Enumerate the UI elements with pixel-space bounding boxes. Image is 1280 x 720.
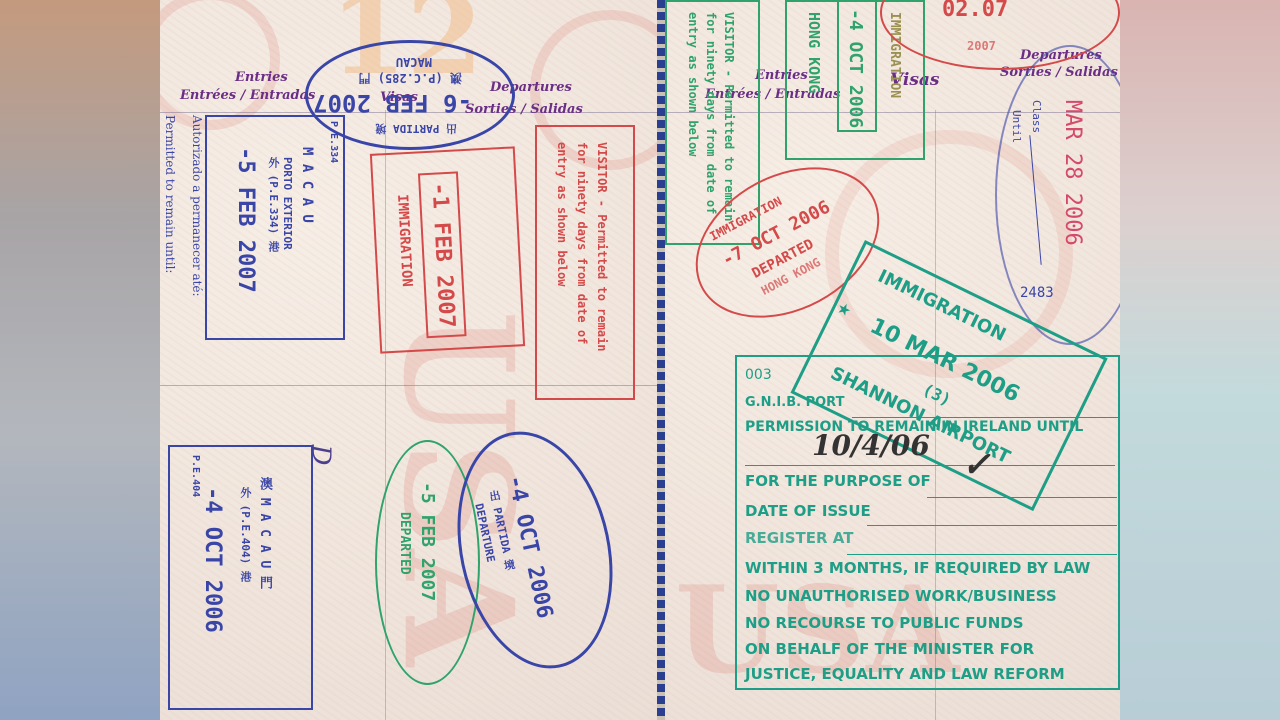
form-line (852, 417, 1120, 418)
stamp-date: -5 FEB 2007 (233, 147, 258, 293)
form-line (847, 554, 1117, 555)
stamp-date-box: -4 OCT 2006 (837, 0, 877, 132)
stamp-text: for ninety days from date of (575, 142, 589, 344)
stamp-text: NO RECOURSE TO PUBLIC FUNDS (745, 614, 1024, 632)
header-entries: Entries (235, 70, 288, 85)
stamp-text: G.N.I.B. PORT (745, 395, 844, 410)
form-line (867, 525, 1117, 526)
stamp-text: 澳 M A C A U 門 (255, 477, 274, 589)
stamp-text: FOR THE PURPOSE OF (745, 472, 931, 490)
hk-visitor-red-stamp: VISITOR - Permitted to remain for ninety… (535, 125, 635, 400)
macau-entry-stamp-2: P.E.404 澳 M A C A U 門 外 (P.E.404) 港 -4 O… (168, 445, 313, 710)
stamp-date: -5 FEB 2007 (417, 482, 438, 601)
permitted-text: Autorizado a permanecer até: (190, 115, 204, 297)
permitted-text: Permitted to remain until: (163, 115, 177, 273)
stamp-text: DEPARTED (397, 512, 412, 575)
macau-entry-stamp: P.E.334 M A C A U PORTO EXTERIOR 外 (P.E.… (205, 115, 345, 340)
stamp-text: 外 (P.E.334) 港 (265, 157, 281, 252)
stamp-text: ON BEHALF OF THE MINISTER FOR (745, 640, 1034, 658)
stamp-text: REGISTER AT (745, 529, 853, 547)
handwritten-mark: D (305, 445, 335, 466)
stamp-date: -6 FEB 2007 (313, 89, 472, 117)
stamp-date-box: -1 FEB 2007 (418, 171, 467, 338)
background-blur-right (1120, 0, 1280, 720)
stamp-code: P.E.334 (328, 121, 339, 163)
stamp-text: entry as shown below (686, 12, 700, 157)
stamp-date: -1 FEB 2007 (426, 182, 459, 329)
stamp-text: VISITOR - Permitted to remain (722, 12, 736, 222)
stamp-text: IMMIGRATION (394, 194, 415, 287)
hk-immigration-red-stamp: -1 FEB 2007 IMMIGRATION (370, 146, 525, 353)
stamp-text: HONG KONG (805, 12, 823, 93)
stamp-date: -4 OCT 2006 (845, 9, 866, 128)
stamp-text: 003 (745, 367, 772, 383)
passport-page-left: 12 USA Entries Entrées / Entradas Visas … (160, 0, 660, 720)
stamp-text: 出 PARTIDA 境 (375, 121, 457, 137)
stamp-text: PORTO EXTERIOR (281, 157, 294, 250)
stamp-text: entry as shown below (555, 142, 569, 287)
stamp-text: 2007 (967, 39, 996, 53)
stamp-date: -4 OCT 2006 (200, 487, 225, 633)
stamp-text: MACAU (396, 55, 432, 69)
stamp-text: 外 (P.E.404) 港 (237, 487, 253, 582)
us-admission-date: MAR 28 2006 (1060, 100, 1085, 246)
stamp-date: 02.07 (942, 0, 1008, 22)
stamp-text: 澳 (P.C.285) 門 (359, 70, 462, 87)
checkmark-icon: ✓ (962, 445, 991, 485)
gnib-permission-stamp: 003 G.N.I.B. PORT PERMISSION TO REMAIN I… (735, 355, 1120, 690)
header-entries-multi: Entrées / Entradas (180, 88, 315, 103)
stamp-text: DATE OF ISSUE (745, 502, 871, 520)
form-line (745, 465, 1115, 466)
stamp-text: WITHIN 3 MONTHS, IF REQUIRED BY LAW (745, 559, 1090, 577)
handwritten-date: 10/4/06 (812, 429, 930, 462)
passport-photo: 12 USA Entries Entrées / Entradas Visas … (160, 0, 1120, 720)
stamp-text: M A C A U (299, 147, 315, 223)
star-icon: ★ (833, 294, 856, 322)
stamp-text: for ninety days from date of (704, 12, 718, 214)
seal-watermark (160, 0, 280, 130)
form-line (927, 497, 1117, 498)
stamp-text: JUSTICE, EQUALITY AND LAW REFORM (745, 665, 1065, 683)
stamp-text: VISITOR - Permitted to remain (595, 142, 609, 352)
stamp-text: NO UNAUTHORISED WORK/BUSINESS (745, 587, 1057, 605)
